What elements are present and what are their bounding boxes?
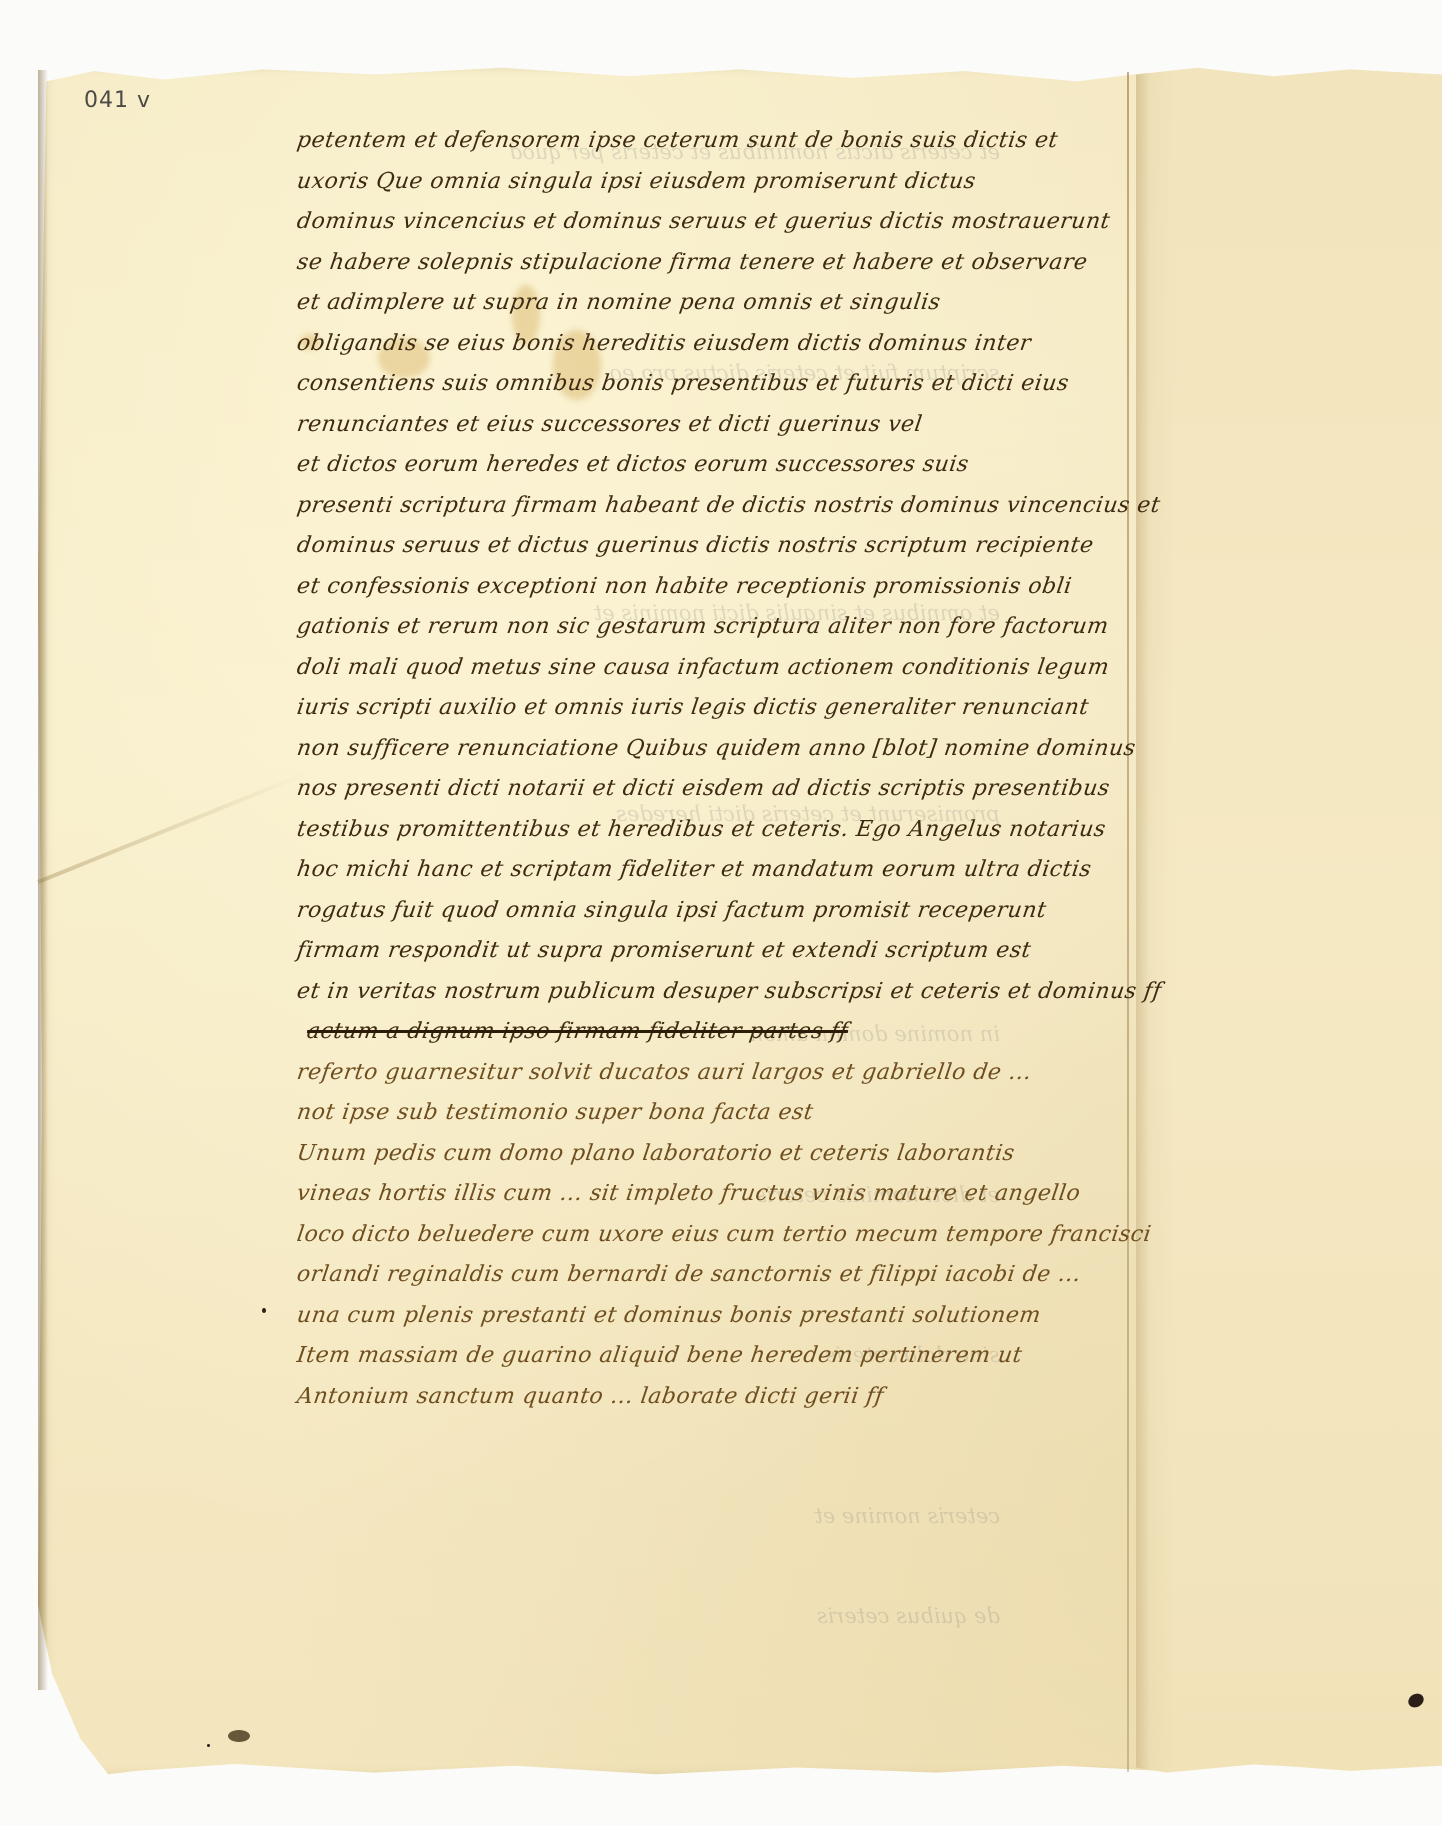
text-line-later-hand: Antonium sanctum quanto ... laborate dic… <box>293 1384 1029 1425</box>
text-line-with-deletion: et confessionis exceptioni non habite re… <box>293 574 1029 615</box>
text-line: et dictos eorum heredes et dictos eorum … <box>293 452 1029 493</box>
text-line: non sufficere renunciatione Quibus quide… <box>293 736 1029 777</box>
leaf-crease <box>1127 72 1129 1772</box>
text-line-later-hand: Unum pedis cum domo plano laboratorio et… <box>293 1141 1029 1182</box>
dirt-speck <box>207 1744 210 1747</box>
dirt-speck <box>228 1730 250 1742</box>
text-line: firmam respondit ut supra promiserunt et… <box>293 938 1029 979</box>
text-line-later-hand: referto guarnesitur solvit ducatos auri … <box>293 1060 1029 1101</box>
manuscript-text-block: petentem et defensorem ipse ceterum sunt… <box>296 128 1026 1424</box>
text-line: testibus promittentibus et heredibus et … <box>293 817 1029 858</box>
text-line: se habere solepnis stipulacione firma te… <box>293 250 1029 291</box>
text-line: doli mali quod metus sine causa infactum… <box>293 655 1029 696</box>
text-line: hoc michi hanc et scriptam fideliter et … <box>293 857 1029 898</box>
text-line: presenti scriptura firmam habeant de dic… <box>293 493 1029 534</box>
struck-through-line: actum a dignum ipso firmam fideliter par… <box>293 1019 1029 1060</box>
text-line: renunciantes et eius successores et dict… <box>293 412 1029 453</box>
text-line: et adimplere ut supra in nomine pena omn… <box>293 290 1029 331</box>
text-line: dominus vincencius et dominus seruus et … <box>293 209 1029 250</box>
text-line-later-hand: vineas hortis illis cum ... sit impleto … <box>293 1181 1029 1222</box>
text-line: et in veritas nostrum publicum desuper s… <box>293 979 1029 1020</box>
text-line-later-hand: loco dicto beluedere cum uxore eius cum … <box>293 1222 1029 1263</box>
dirt-speck <box>262 1308 266 1313</box>
text-line: rogatus fuit quod omnia singula ipsi fac… <box>293 898 1029 939</box>
adjacent-leaf <box>1136 66 1442 1776</box>
text-line: dominus seruus et dictus guerinus dictis… <box>293 533 1029 574</box>
text-line-later-hand: Item massiam de guarino aliquid bene her… <box>293 1343 1029 1384</box>
text-line: nos presenti dicti notarii et dicti eisd… <box>293 776 1029 817</box>
text-line: obligandis se eius bonis hereditis eiusd… <box>293 331 1029 372</box>
text-line: iuris scripti auxilio et omnis iuris leg… <box>293 695 1029 736</box>
text-line-later-hand: not ipse sub testimonio super bona facta… <box>293 1100 1029 1141</box>
text-line-later-hand: una cum plenis prestanti et dominus boni… <box>293 1303 1029 1344</box>
text-line: gationis et rerum non sic gestarum scrip… <box>293 614 1029 655</box>
folio-number: 041 v <box>84 88 151 113</box>
text-line: uxoris Que omnia singula ipsi eiusdem pr… <box>293 169 1029 210</box>
text-line: petentem et defensorem ipse ceterum sunt… <box>293 128 1029 169</box>
text-line: consentiens suis omnibus bonis presentib… <box>293 371 1029 412</box>
text-line-later-hand: orlandi reginaldis cum bernardi de sanct… <box>293 1262 1029 1303</box>
